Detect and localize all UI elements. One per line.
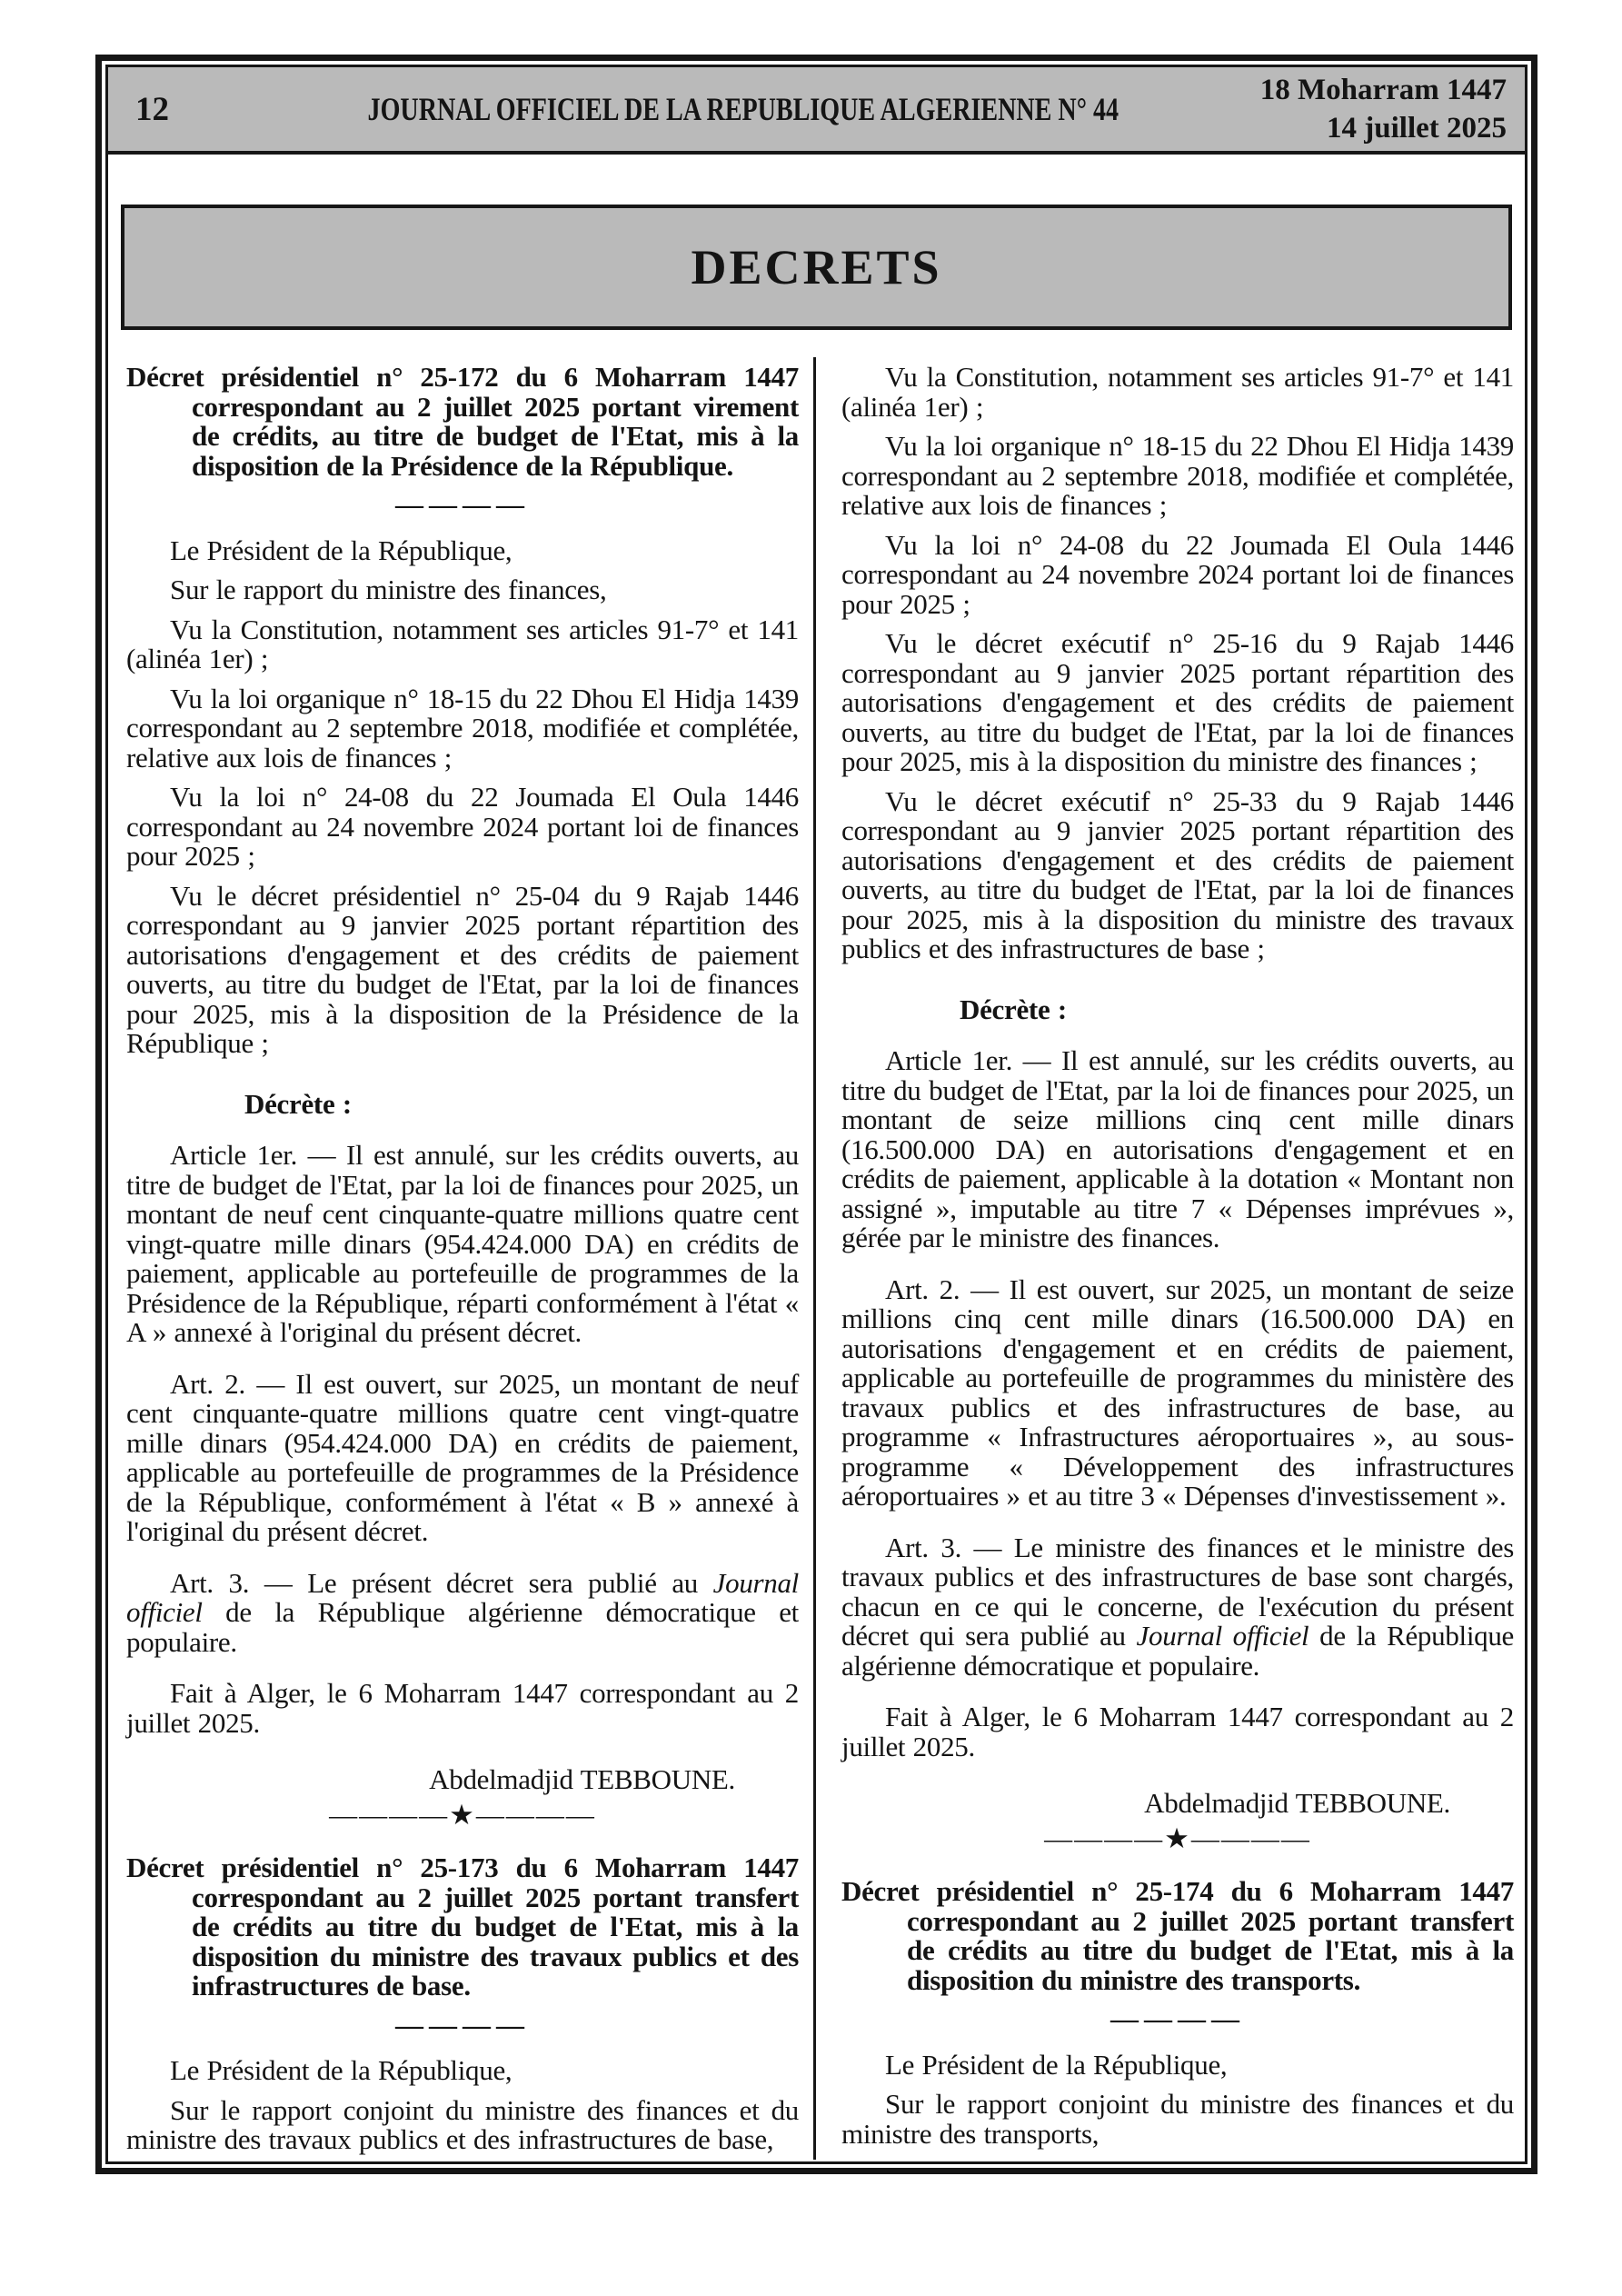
two-column-body: Décret présidentiel n° 25-172 du 6 Mohar… bbox=[108, 357, 1525, 2160]
right-column: Vu la Constitution, notamment ses articl… bbox=[816, 357, 1525, 2160]
article-1: Article 1er. — Il est annulé, sur les cr… bbox=[841, 1046, 1514, 1253]
paragraph-vu-constitution: Vu la Constitution, notamment ses articl… bbox=[841, 363, 1514, 422]
section-title: DECRETS bbox=[691, 239, 941, 295]
decree-25-174-title: Décret présidentiel n° 25-174 du 6 Mohar… bbox=[841, 1877, 1514, 1995]
paragraph-president: Le Président de la République, bbox=[126, 536, 799, 566]
page-number: 12 bbox=[108, 90, 226, 129]
dash-separator: ———— bbox=[126, 490, 799, 520]
spacer bbox=[108, 330, 1525, 357]
paragraph-vu-decret: Vu le décret présidentiel n° 25-04 du 9 … bbox=[126, 882, 799, 1059]
article-3-text: Art. 3. — Le présent décret sera publié … bbox=[170, 1567, 713, 1599]
section-banner: DECRETS bbox=[121, 205, 1512, 330]
paragraph-vu-loi-organique: Vu la loi organique n° 18-15 du 22 Dhou … bbox=[841, 432, 1514, 521]
paragraph-president: Le Président de la République, bbox=[841, 2051, 1514, 2081]
issue-dates: 18 Moharram 1447 14 juillet 2025 bbox=[1260, 71, 1525, 147]
dateline: Fait à Alger, le 6 Moharram 1447 corresp… bbox=[126, 1679, 799, 1738]
paragraph-vu-decret-25-16: Vu le décret exécutif n° 25-16 du 9 Raja… bbox=[841, 629, 1514, 777]
article-2: Art. 2. — Il est ouvert, sur 2025, un mo… bbox=[841, 1275, 1514, 1512]
paragraph-president: Le Président de la République, bbox=[126, 2056, 799, 2086]
paragraph-rapport: Sur le rapport du ministre des finances, bbox=[126, 575, 799, 605]
paragraph-vu-decret-25-33: Vu le décret exécutif n° 25-33 du 9 Raja… bbox=[841, 787, 1514, 964]
dash-separator: ———— bbox=[841, 2004, 1514, 2034]
star-separator: ————★———— bbox=[126, 1801, 799, 1831]
gregorian-date: 14 juillet 2025 bbox=[1260, 109, 1507, 147]
journal-title: JOURNAL OFFICIEL DE LA REPUBLIQUE ALGERI… bbox=[226, 90, 1260, 128]
paragraph-rapport: Sur le rapport conjoint du ministre des … bbox=[126, 2096, 799, 2155]
paragraph-rapport: Sur le rapport conjoint du ministre des … bbox=[841, 2090, 1514, 2149]
journal-title-text: JOURNAL OFFICIEL DE LA REPUBLIQUE ALGERI… bbox=[368, 90, 1119, 128]
spacer bbox=[108, 155, 1525, 205]
decree-25-172-title: Décret présidentiel n° 25-172 du 6 Mohar… bbox=[126, 363, 799, 481]
page-border-outer: 12 JOURNAL OFFICIEL DE LA REPUBLIQUE ALG… bbox=[95, 55, 1537, 2174]
page-header-band: 12 JOURNAL OFFICIEL DE LA REPUBLIQUE ALG… bbox=[108, 67, 1525, 155]
paragraph-vu-constitution: Vu la Constitution, notamment ses articl… bbox=[126, 615, 799, 674]
paragraph-vu-loi-organique: Vu la loi organique n° 18-15 du 22 Dhou … bbox=[126, 684, 799, 774]
article-3: Art. 3. — Le présent décret sera publié … bbox=[126, 1569, 799, 1658]
article-3-text-end: de la République algérienne démocratique… bbox=[126, 1596, 799, 1658]
page-border-inner: 12 JOURNAL OFFICIEL DE LA REPUBLIQUE ALG… bbox=[105, 65, 1527, 2164]
star-separator: ————★———— bbox=[841, 1824, 1514, 1854]
journal-officiel-page: 12 JOURNAL OFFICIEL DE LA REPUBLIQUE ALG… bbox=[0, 0, 1622, 2296]
decrete-heading: Décrète : bbox=[960, 995, 1514, 1025]
decrete-heading: Décrète : bbox=[244, 1090, 799, 1120]
dash-separator: ———— bbox=[126, 2011, 799, 2041]
dateline: Fait à Alger, le 6 Moharram 1447 corresp… bbox=[841, 1702, 1514, 1762]
decree-25-173-title: Décret présidentiel n° 25-173 du 6 Mohar… bbox=[126, 1853, 799, 2002]
journal-officiel-italic: Journal officiel bbox=[1137, 1620, 1309, 1652]
paragraph-vu-loi: Vu la loi n° 24-08 du 22 Joumada El Oula… bbox=[841, 531, 1514, 620]
article-3: Art. 3. — Le ministre des finances et le… bbox=[841, 1533, 1514, 1682]
hijri-date: 18 Moharram 1447 bbox=[1260, 71, 1507, 109]
signature: Abdelmadjid TEBBOUNE. bbox=[126, 1765, 799, 1795]
article-1: Article 1er. — Il est annulé, sur les cr… bbox=[126, 1141, 799, 1348]
signature: Abdelmadjid TEBBOUNE. bbox=[841, 1789, 1514, 1819]
left-column: Décret présidentiel n° 25-172 du 6 Mohar… bbox=[108, 357, 813, 2160]
article-2: Art. 2. — Il est ouvert, sur 2025, un mo… bbox=[126, 1370, 799, 1547]
paragraph-vu-loi: Vu la loi n° 24-08 du 22 Joumada El Oula… bbox=[126, 783, 799, 872]
